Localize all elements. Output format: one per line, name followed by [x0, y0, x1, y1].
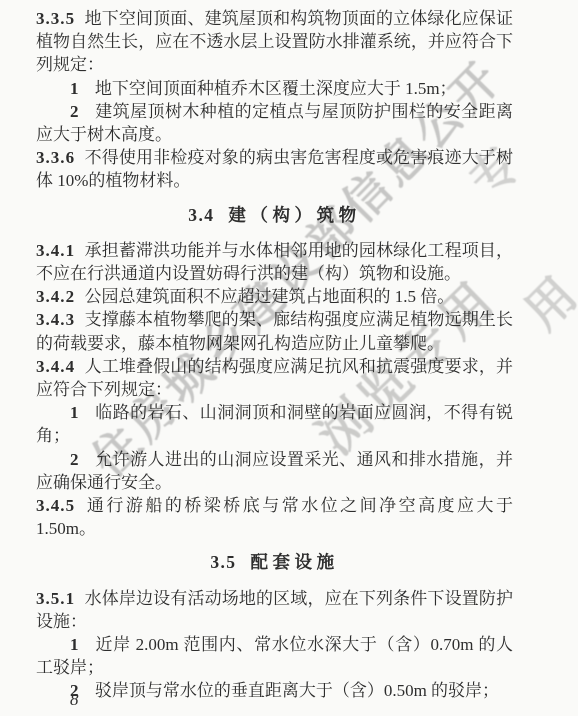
clause-text: 公园总建筑面积不应超过建筑占地面积的 1.5 倍。: [84, 287, 454, 306]
list-item-1: 1临路的岩石、山洞洞顶和洞壁的岩面应圆润，不得有锐角；: [36, 401, 513, 447]
clause-3.4.4: 3.4.4人工堆叠假山的结构强度应满足抗风和抗震强度要求，并应符合下列规定：: [36, 355, 513, 401]
list-item-1: 1近岸 2.00m 范围内、常水位水深大于（含）0.70m 的人工驳岸；: [36, 633, 513, 679]
item-number: 1: [70, 635, 80, 654]
item-number: 2: [70, 102, 80, 121]
document-body: 3.3.5地下空间顶面、建筑屋顶和构筑物顶面的立体绿化应保证植物自然生长，应在不…: [36, 7, 513, 703]
section-heading-3.4: 3.4建（构）筑物: [36, 204, 513, 227]
clause-3.5.1: 3.5.1水体岸边设有活动场地的区域，应在下列条件下设置防护设施：: [36, 587, 513, 633]
page-number: 8: [70, 690, 79, 710]
watermark-fragment: 用: [507, 259, 578, 342]
clause-text: 地下空间顶面、建筑屋顶和构筑物顶面的立体绿化应保证植物自然生长，应在不透水层上设…: [36, 9, 513, 74]
item-text: 建筑屋顶树木种植的定植点与屋顶防护围栏的安全距离应大于树木高度。: [36, 102, 513, 144]
list-item-2: 2建筑屋顶树木种植的定植点与屋顶防护围栏的安全距离应大于树木高度。: [36, 100, 513, 146]
section-number: 3.5: [210, 552, 236, 572]
clause-3.4.5: 3.4.5通行游船的桥梁桥底与常水位之间净空高度应大于 1.50m。: [36, 494, 513, 540]
section-heading-3.5: 3.5配套设施: [36, 551, 513, 574]
clause-number: 3.4.2: [36, 287, 75, 306]
item-text: 临路的岩石、山洞洞顶和洞壁的岩面应圆润，不得有锐角；: [36, 403, 513, 445]
clause-text: 不得使用非检疫对象的病虫害危害程度或危害痕迹大于树体 10%的植物材料。: [36, 148, 513, 190]
clause-3.3.6: 3.3.6不得使用非检疫对象的病虫害危害程度或危害痕迹大于树体 10%的植物材料…: [36, 146, 513, 192]
item-text: 地下空间顶面种植乔木区覆土深度应大于 1.5m；: [95, 79, 457, 98]
clause-number: 3.3.5: [36, 9, 75, 28]
item-number: 2: [70, 450, 80, 469]
clause-3.4.1: 3.4.1承担蓄滞洪功能并与水体相邻用地的园林绿化工程项目，不应在行洪通道内设置…: [36, 239, 513, 285]
list-item-2: 2允许游人进出的山洞应设置采光、通风和排水措施，并应确保通行安全。: [36, 448, 513, 494]
section-number: 3.4: [188, 205, 214, 225]
document-page: 住房城乡建设部信息公开 浏览专用 专 用 3.3.5地下空间顶面、建筑屋顶和构筑…: [0, 0, 578, 716]
clause-number: 3.4.5: [36, 496, 75, 515]
clause-number: 3.4.1: [36, 241, 75, 260]
list-item-2: 2驳岸顶与常水位的垂直距离大于（含）0.50m 的驳岸；: [36, 679, 513, 702]
clause-text: 水体岸边设有活动场地的区域，应在下列条件下设置防护设施：: [36, 589, 513, 631]
clause-number: 3.5.1: [36, 589, 75, 608]
item-text: 驳岸顶与常水位的垂直距离大于（含）0.50m 的驳岸；: [95, 681, 499, 700]
list-item-1: 1地下空间顶面种植乔木区覆土深度应大于 1.5m；: [36, 77, 513, 100]
item-text: 近岸 2.00m 范围内、常水位水深大于（含）0.70m 的人工驳岸；: [36, 635, 513, 677]
clause-number: 3.4.4: [36, 357, 75, 376]
clause-text: 通行游船的桥梁桥底与常水位之间净空高度应大于 1.50m。: [36, 496, 513, 538]
section-title: 配套设施: [250, 552, 338, 572]
clause-number: 3.3.6: [36, 148, 75, 167]
clause-text: 支撑藤本植物攀爬的架、廊结构强度应满足植物远期生长的荷载要求，藤本植物网架网孔构…: [36, 310, 513, 352]
section-title: 建（构）筑物: [228, 205, 360, 225]
item-number: 1: [70, 403, 80, 422]
item-text: 允许游人进出的山洞应设置采光、通风和排水措施，并应确保通行安全。: [36, 450, 513, 492]
clause-3.4.3: 3.4.3支撑藤本植物攀爬的架、廊结构强度应满足植物远期生长的荷载要求，藤本植物…: [36, 308, 513, 354]
clause-text: 人工堆叠假山的结构强度应满足抗风和抗震强度要求，并应符合下列规定：: [36, 357, 513, 399]
clause-3.3.5: 3.3.5地下空间顶面、建筑屋顶和构筑物顶面的立体绿化应保证植物自然生长，应在不…: [36, 7, 513, 77]
clause-number: 3.4.3: [36, 310, 75, 329]
clause-3.4.2: 3.4.2公园总建筑面积不应超过建筑占地面积的 1.5 倍。: [36, 285, 513, 308]
item-number: 1: [70, 79, 80, 98]
clause-text: 承担蓄滞洪功能并与水体相邻用地的园林绿化工程项目，不应在行洪通道内设置妨碍行洪的…: [36, 241, 513, 283]
